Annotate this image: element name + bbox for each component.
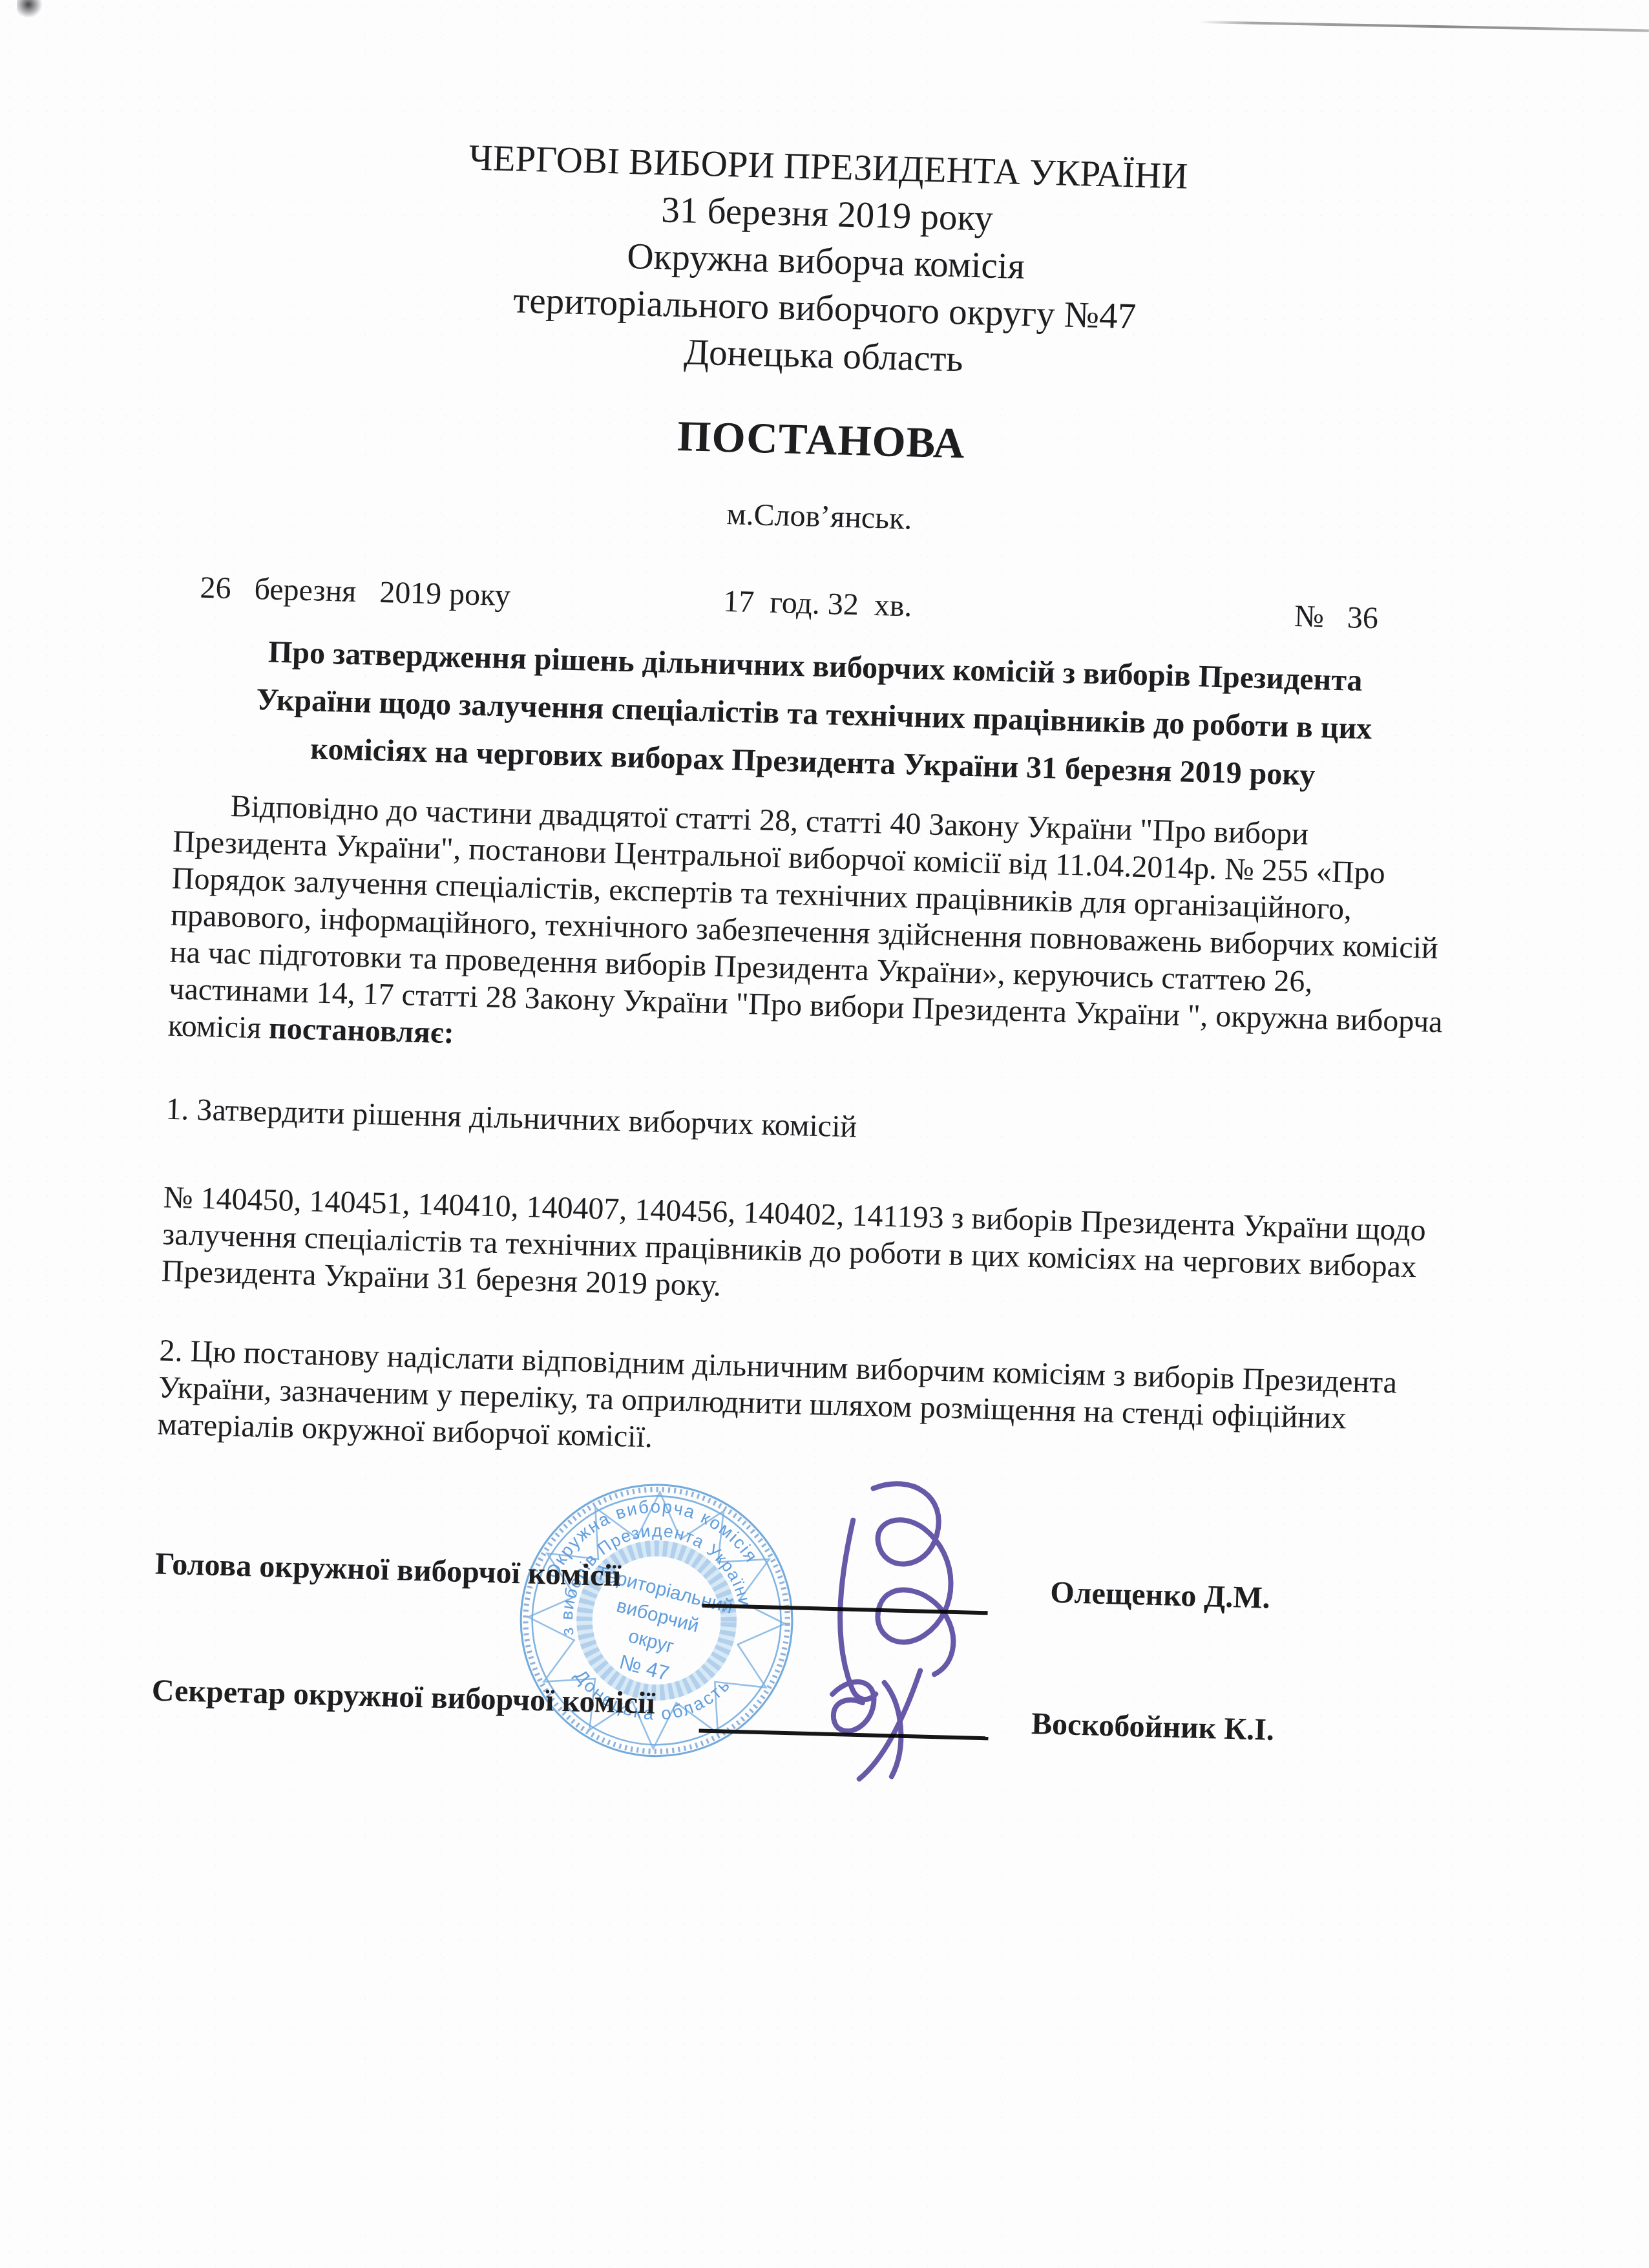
svg-text:округ: округ bbox=[626, 1625, 676, 1657]
scanned-page: ЧЕРГОВІ ВИБОРИ ПРЕЗИДЕНТА УКРАЇНИ 31 бер… bbox=[0, 0, 1649, 2268]
svg-text:виборчий: виборчий bbox=[614, 1595, 701, 1637]
preamble-text: Відповідно до частини двадцятої статті 2… bbox=[167, 789, 1443, 1045]
signature-line-secretary bbox=[699, 1729, 989, 1741]
document-content: ЧЕРГОВІ ВИБОРИ ПРЕЗИДЕНТА УКРАЇНИ 31 бер… bbox=[144, 127, 1467, 1980]
item-1: 1. Затвердити рішення дільничних виборчи… bbox=[165, 1091, 1442, 1161]
secretary-signature-loop bbox=[832, 1681, 875, 1732]
signature-role-head: Голова окружної виборчої комісії bbox=[154, 1546, 621, 1593]
preamble-paragraph: Відповідно до частини двадцятої статті 2… bbox=[167, 786, 1449, 1078]
document-header: ЧЕРГОВІ ВИБОРИ ПРЕЗИДЕНТА УКРАЇНИ 31 бер… bbox=[185, 127, 1467, 396]
place-line: м.Слов’янськ. bbox=[182, 482, 1458, 551]
document-title: ПОСТАНОВА bbox=[183, 399, 1459, 482]
meta-date: 26 березня 2019 року bbox=[200, 570, 511, 614]
meta-doc-number: № 36 bbox=[1294, 598, 1378, 636]
item-1-commission-numbers: № 140450, 140451, 140410, 140407, 140456… bbox=[161, 1179, 1439, 1323]
handwritten-signatures bbox=[768, 1473, 1009, 1796]
signature-name-head: Олещенко Д.М. bbox=[1050, 1575, 1271, 1616]
signature-line-head bbox=[702, 1604, 988, 1615]
secretary-signature-stroke bbox=[882, 1683, 903, 1777]
scan-corner-artifact bbox=[17, 0, 43, 18]
round-official-stamp: Окружна виборча комісія з виборів Презид… bbox=[514, 1478, 799, 1763]
signature-name-secretary: Воскобойник К.І. bbox=[1031, 1706, 1274, 1748]
secretary-signature-slash bbox=[859, 1669, 920, 1780]
subject-heading: Про затвердження рішень дільничних вибор… bbox=[174, 626, 1453, 803]
preamble-resolves-word: постановляє: bbox=[269, 1011, 455, 1050]
meta-time: 17 год. 32 хв. bbox=[723, 583, 913, 624]
signature-section: Окружна виборча комісія з виборів Презид… bbox=[144, 1442, 1433, 1979]
svg-text:№ 47: № 47 bbox=[617, 1650, 672, 1685]
signature-role-secretary: Секретар окружної виборчої комісії bbox=[151, 1672, 655, 1721]
head-signature-stroke bbox=[868, 1483, 958, 1674]
scan-scratch-line bbox=[1199, 21, 1649, 32]
